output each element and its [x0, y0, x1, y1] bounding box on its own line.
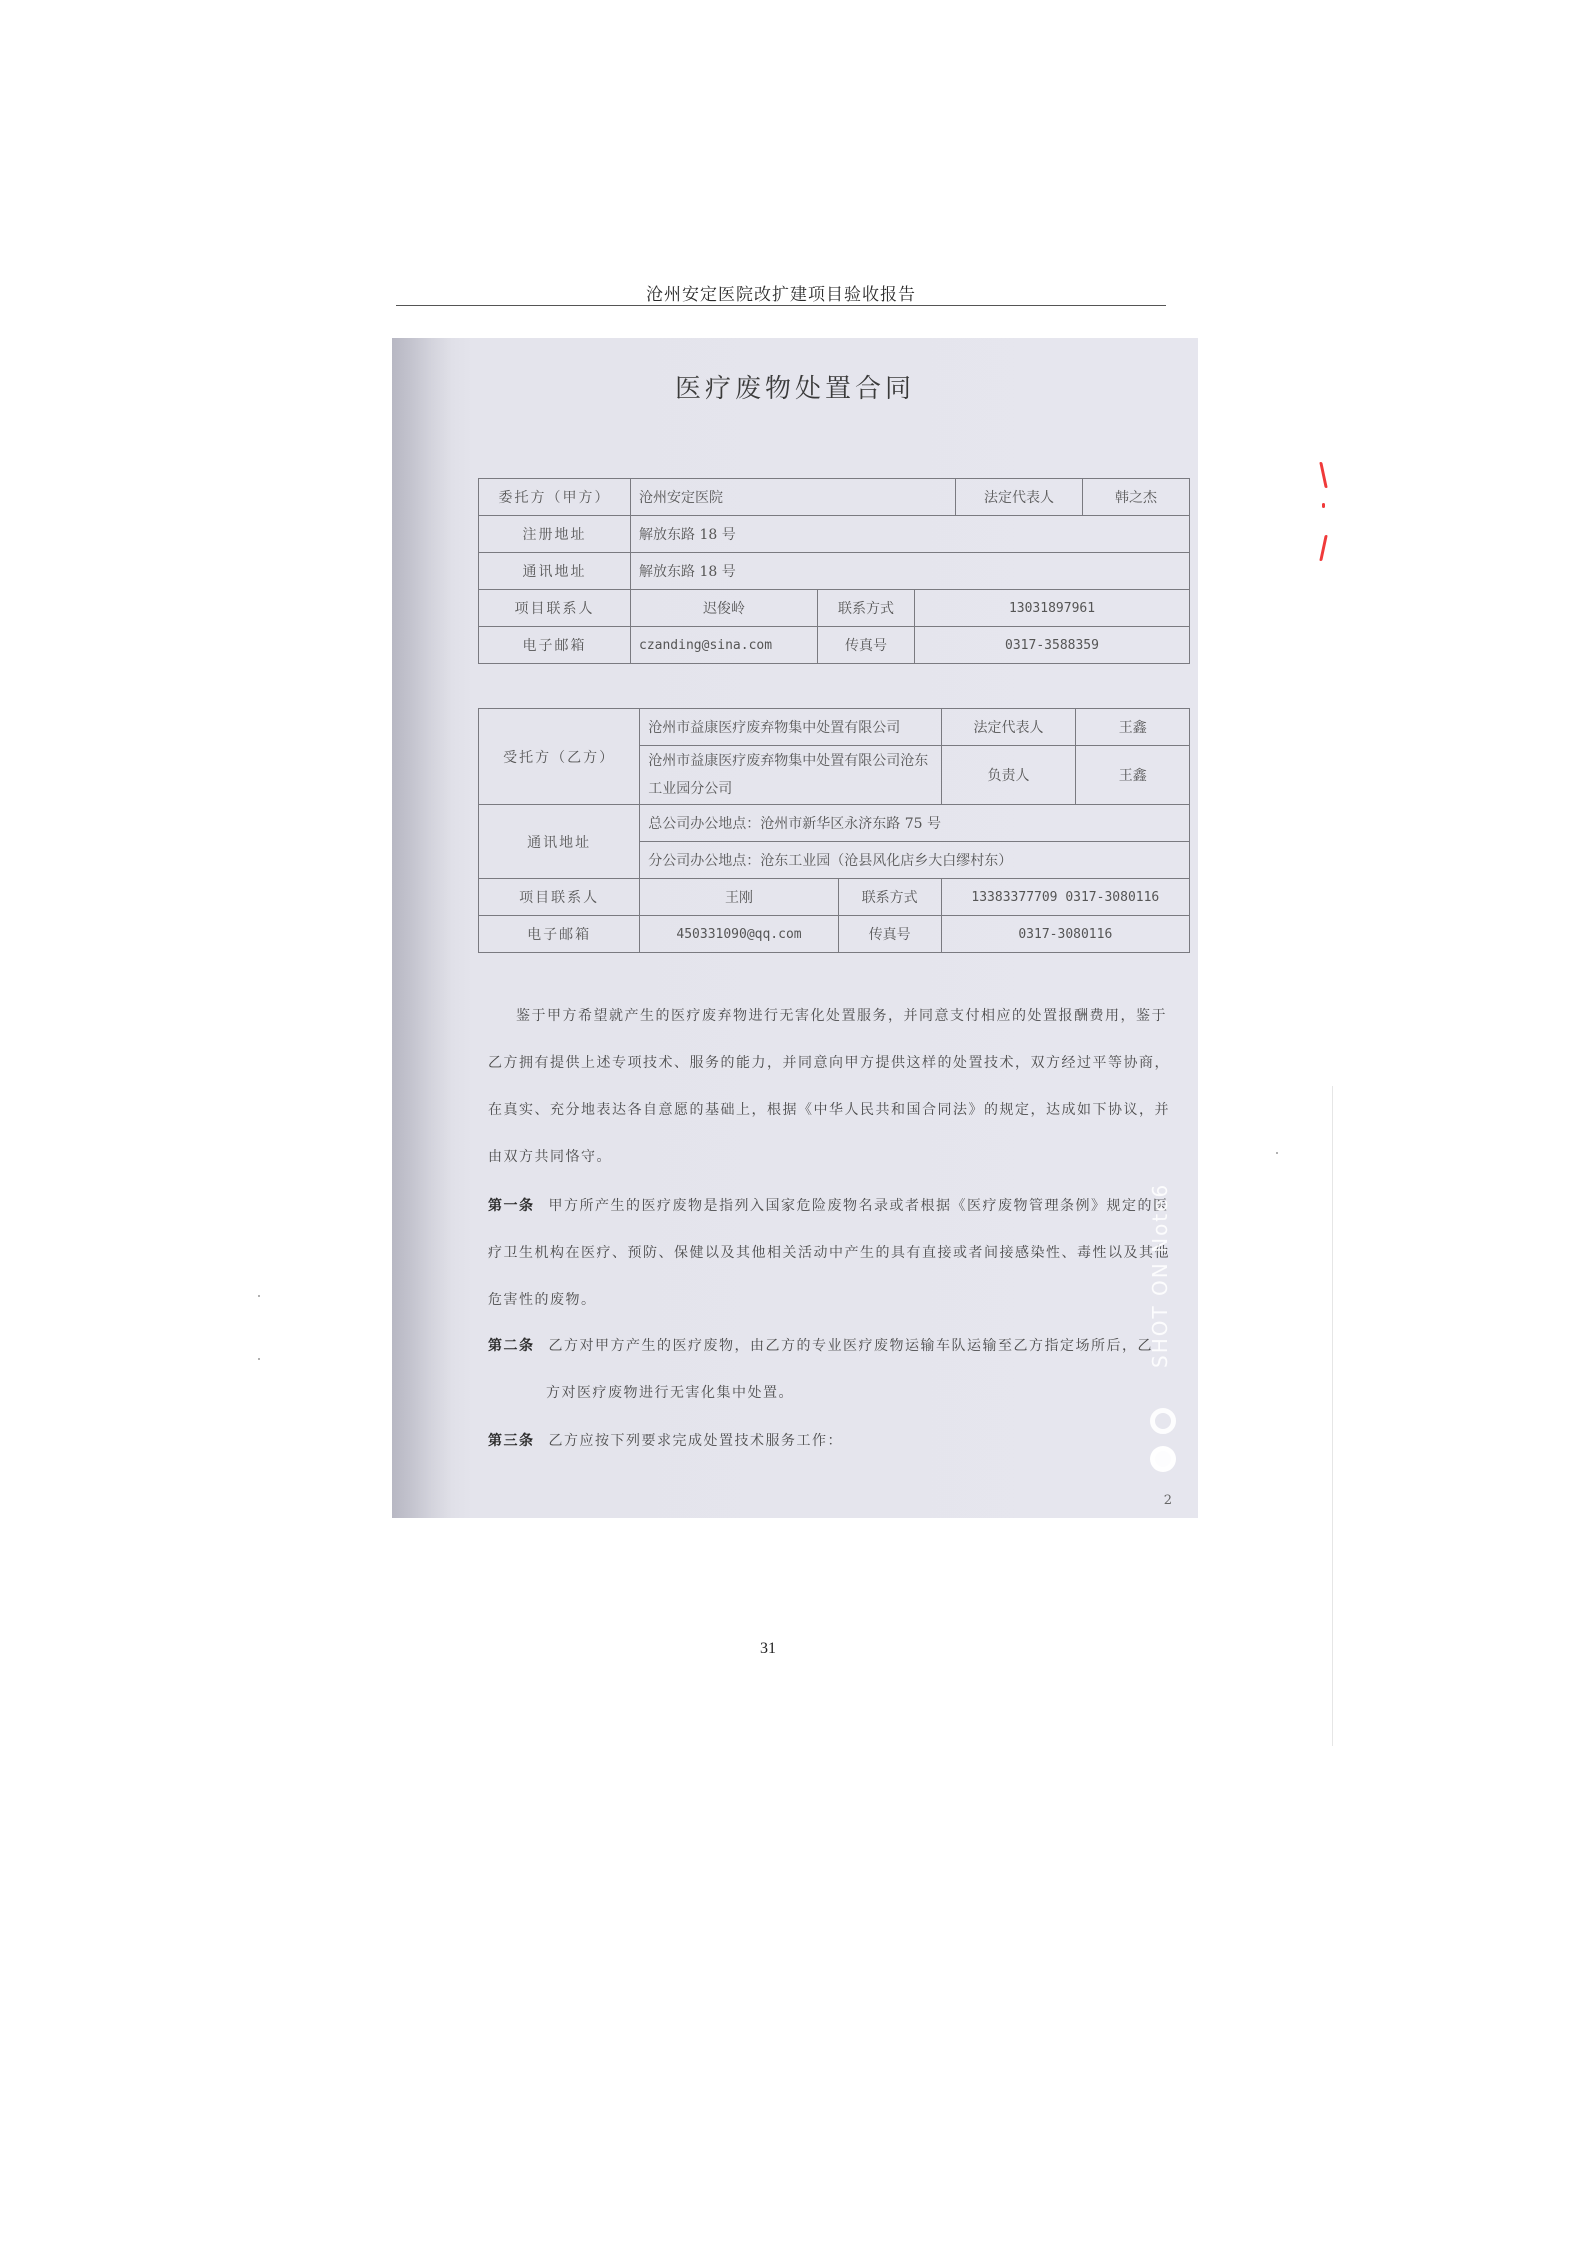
article-text: 乙方对甲方产生的医疗废物，由乙方的专业医疗废物运输车队运输至乙方指定场所后，乙: [549, 1338, 1154, 1354]
table-row: 注册地址 解放东路 18 号: [479, 516, 1190, 553]
header-divider: [396, 305, 1166, 306]
report-header-title: 沧州安定医院改扩建项目验收报告: [396, 280, 1166, 305]
email-label: 电子邮箱: [479, 627, 631, 664]
table-row: 项目联系人 迟俊岭 联系方式 13031897961: [479, 590, 1190, 627]
table-row: 电子邮箱 450331090@qq.com 传真号 0317-3080116: [479, 916, 1190, 953]
contact-method-label: 联系方式: [818, 590, 915, 627]
legal-rep-value: 韩之杰: [1083, 479, 1190, 516]
party-b-label: 受托方（乙方）: [479, 709, 640, 805]
party-a-table: 委托方（甲方） 沧州安定医院 法定代表人 韩之杰 注册地址 解放东路 18 号 …: [478, 478, 1190, 664]
mailing-address-label: 通讯地址: [479, 553, 631, 590]
fax-value: 0317-3588359: [915, 627, 1190, 664]
table-row: 委托方（甲方） 沧州安定医院 法定代表人 韩之杰: [479, 479, 1190, 516]
article-text: 乙方应按下列要求完成处置技术服务工作：: [549, 1433, 844, 1449]
mailing-address-label: 通讯地址: [479, 805, 640, 879]
scanned-contract-page: 医疗废物处置合同 委托方（甲方） 沧州安定医院 法定代表人 韩之杰 注册地址 解…: [392, 338, 1198, 1518]
party-b-table: 受托方（乙方） 沧州市益康医疗废弃物集中处置有限公司 法定代表人 王鑫 沧州市益…: [478, 708, 1190, 953]
scan-speck: [258, 1358, 260, 1360]
page-edge-divider: [1332, 1086, 1333, 1746]
branch-name: 沧州市益康医疗废弃物集中处置有限公司沧东工业园分公司: [640, 746, 941, 805]
branch-head-label: 负责人: [941, 746, 1076, 805]
contact-method-value: 13383377709 0317-3080116: [941, 879, 1189, 916]
contact-person-label: 项目联系人: [479, 590, 631, 627]
article-number: 第三条: [488, 1433, 535, 1449]
table-row: 电子邮箱 czanding@sina.com 传真号 0317-3588359: [479, 627, 1190, 664]
contract-title: 医疗废物处置合同: [392, 368, 1198, 405]
fax-label: 传真号: [838, 916, 941, 953]
table-row: 通讯地址 总公司办公地点：沧州市新华区永济东路 75 号: [479, 805, 1190, 842]
legal-rep-value: 王鑫: [1076, 709, 1190, 746]
contact-method-label: 联系方式: [838, 879, 941, 916]
article-text: 甲方所产生的医疗废物是指列入国家危险废物名录或者根据《医疗废物管理条例》规定的医…: [488, 1198, 1170, 1308]
red-seal-fragment-icon: [1322, 460, 1332, 560]
legal-rep-label: 法定代表人: [941, 709, 1076, 746]
legal-rep-label: 法定代表人: [956, 479, 1083, 516]
scan-speck: [1276, 1152, 1278, 1154]
table-row: 受托方（乙方） 沧州市益康医疗废弃物集中处置有限公司 法定代表人 王鑫: [479, 709, 1190, 746]
preamble-paragraph: 鉴于甲方希望就产生的医疗废弃物进行无害化处置服务，并同意支付相应的处置报酬费用，…: [488, 993, 1178, 1181]
email-value: czanding@sina.com: [631, 627, 818, 664]
party-b-name: 沧州市益康医疗废弃物集中处置有限公司: [640, 709, 941, 746]
contact-person-value: 王刚: [640, 879, 838, 916]
contact-person-value: 迟俊岭: [631, 590, 818, 627]
contact-method-value: 13031897961: [915, 590, 1190, 627]
branch-head-value: 王鑫: [1076, 746, 1190, 805]
article-2: 第二条乙方对甲方产生的医疗废物，由乙方的专业医疗废物运输车队运输至乙方指定场所后…: [488, 1323, 1178, 1417]
fax-value: 0317-3080116: [941, 916, 1189, 953]
table-row: 项目联系人 王刚 联系方式 13383377709 0317-3080116: [479, 879, 1190, 916]
watermark-text: SHOT ON Note6: [1148, 1108, 1172, 1368]
camera-watermark: SHOT ON Note6: [1144, 1108, 1184, 1528]
party-a-name: 沧州安定医院: [631, 479, 956, 516]
article-1: 第一条甲方所产生的医疗废物是指列入国家危险废物名录或者根据《医疗废物管理条例》规…: [488, 1183, 1178, 1324]
scan-page-number: 2: [1164, 1493, 1172, 1508]
mailing-address-value: 解放东路 18 号: [631, 553, 1190, 590]
email-label: 电子邮箱: [479, 916, 640, 953]
fax-label: 传真号: [818, 627, 915, 664]
registered-address-value: 解放东路 18 号: [631, 516, 1190, 553]
registered-address-label: 注册地址: [479, 516, 631, 553]
hq-address: 总公司办公地点：沧州市新华区永济东路 75 号: [640, 805, 1190, 842]
camera-aperture-icon: [1150, 1408, 1176, 1434]
contact-person-label: 项目联系人: [479, 879, 640, 916]
party-a-label: 委托方（甲方）: [479, 479, 631, 516]
article-number: 第一条: [488, 1198, 535, 1214]
page-number: 31: [760, 1640, 776, 1658]
article-3: 第三条乙方应按下列要求完成处置技术服务工作：: [488, 1418, 1178, 1465]
table-row: 通讯地址 解放东路 18 号: [479, 553, 1190, 590]
scan-speck: [258, 1295, 260, 1297]
camera-aperture-icon: [1150, 1446, 1176, 1472]
branch-address: 分公司办公地点：沧东工业园（沧县风化店乡大白缪村东）: [640, 842, 1190, 879]
article-number: 第二条: [488, 1338, 535, 1354]
email-value: 450331090@qq.com: [640, 916, 838, 953]
article-continuation: 方对医疗废物进行无害化集中处置。: [488, 1370, 1178, 1417]
